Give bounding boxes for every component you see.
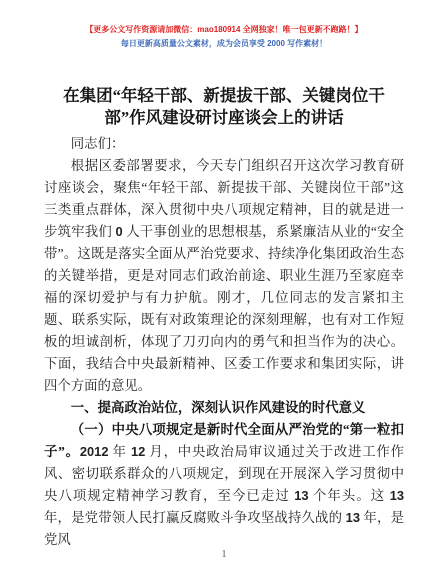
subsection-1-text: 2012 年 12 月，中央政治局审议通过关于改进工作作风、密切联系群众的八项规… [44, 444, 404, 547]
promo-watermark: 【更多公文写作资源请加微信：mao180914 全网独家！唯一包更新不跑路！】 … [0, 0, 448, 51]
section-1-heading: 一、提高政治站位，深刻认识作风建设的时代意义 [44, 397, 404, 419]
document-body: 同志们： 根据区委部署要求，今天专门组织召开这次学习教育研讨座谈会，聚焦“年轻干… [44, 133, 404, 551]
promo-line-blue: 每日更新高质量公文素材，成为会员享受 2000 写作素材！ [0, 37, 448, 51]
page-number: 1 [0, 549, 448, 560]
intro-paragraph: 根据区委部署要求，今天专门组织召开这次学习教育研讨座谈会，聚焦“年轻干部、新提拔… [44, 155, 404, 397]
document-title: 在集团“年轻干部、新提拔干部、关键岗位干部”作风建设研讨座谈会上的讲话 [49, 85, 399, 129]
salutation: 同志们： [44, 133, 404, 155]
subsection-1-paragraph: （一）中央八项规定是新时代全面从严治党的“第一粒扣子”。2012 年 12 月，… [44, 419, 404, 551]
promo-line-red: 【更多公文写作资源请加微信：mao180914 全网独家！唯一包更新不跑路！】 [0, 23, 448, 37]
document-page: 【更多公文写作资源请加微信：mao180914 全网独家！唯一包更新不跑路！】 … [0, 0, 448, 580]
